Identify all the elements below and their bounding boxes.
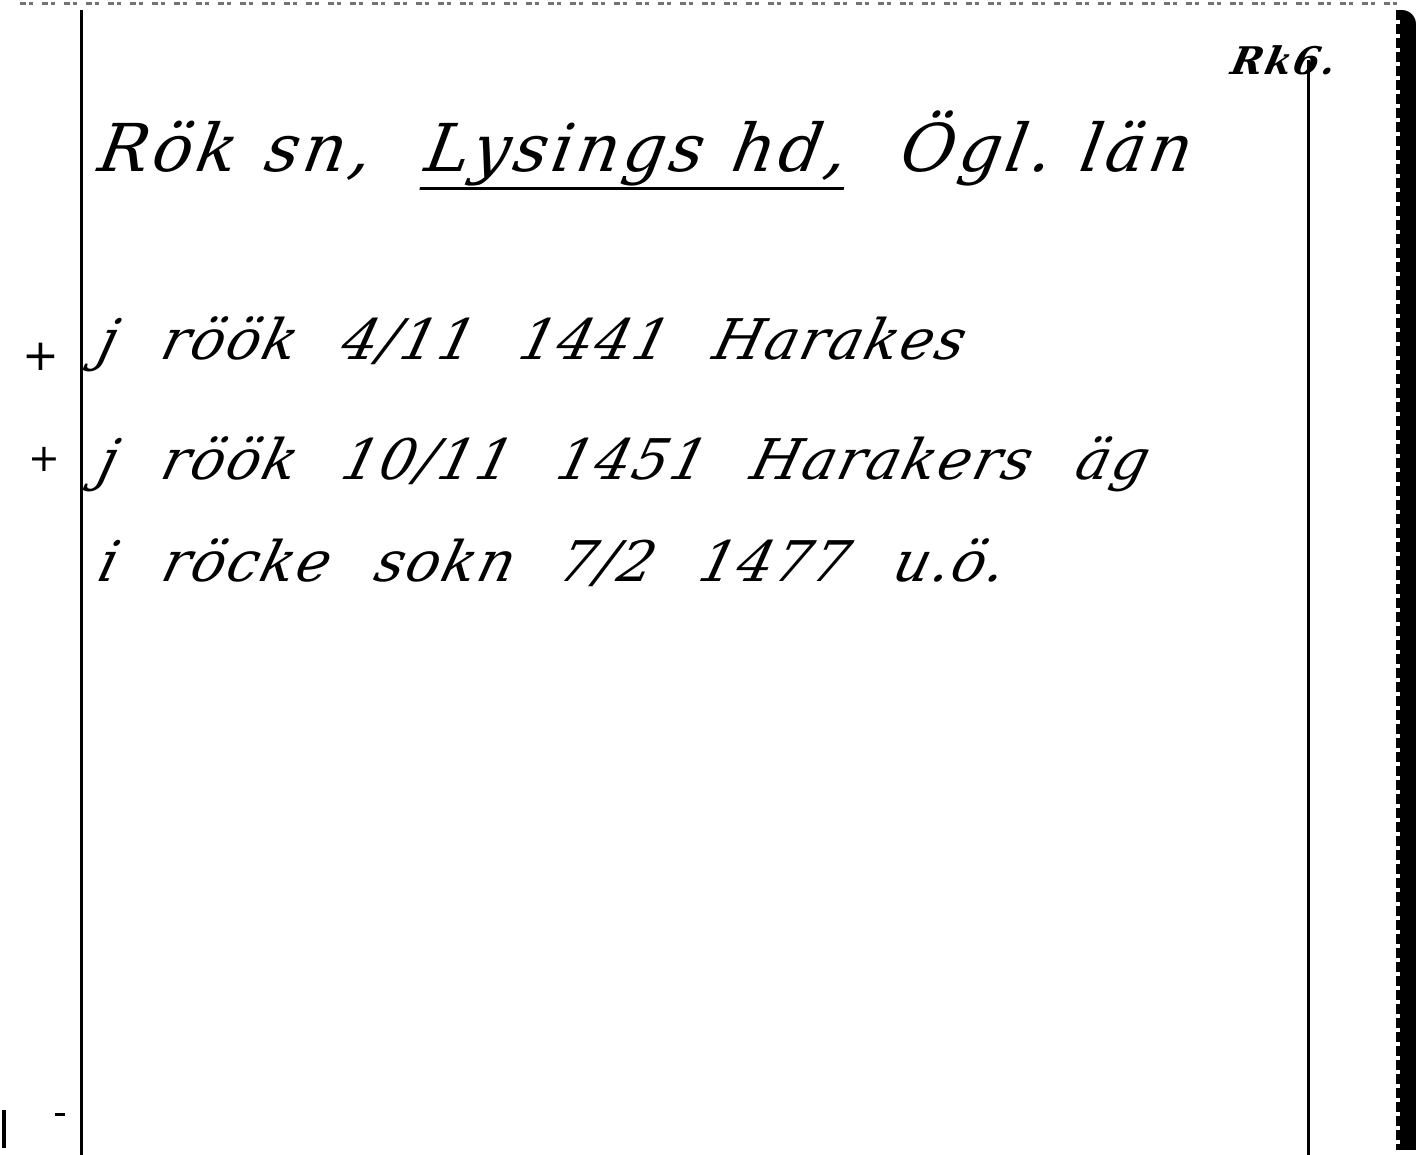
entry-line: j röök 10/11 1451 Harakers äg	[92, 428, 1159, 493]
entry-line: j röök 4/11 1441 Harakes	[92, 308, 975, 373]
heading-parish: Rök sn,	[93, 110, 382, 187]
index-card: Rk6. Rök sn, Lysings hd, Ögl. län + j rö…	[0, 0, 1418, 1155]
left-margin-rule	[80, 10, 83, 1155]
card-heading: Rök sn, Lysings hd, Ögl. län	[93, 110, 1229, 187]
top-edge-perforation	[20, 2, 1400, 5]
scan-artifact	[55, 1113, 65, 1116]
heading-hundred: Lysings hd,	[420, 110, 858, 187]
right-margin-rule	[1307, 60, 1310, 1155]
card-reference-code: Rk6.	[1227, 38, 1342, 83]
scan-artifact	[2, 1110, 6, 1148]
entry-marker-plus: +	[22, 330, 59, 381]
card-right-edge	[1400, 10, 1416, 1150]
heading-county: Ögl. län	[895, 110, 1203, 187]
entry-marker-plus: +	[28, 436, 60, 480]
entry-line: i röcke sokn 7/2 1477 u.ö.	[92, 530, 1016, 595]
